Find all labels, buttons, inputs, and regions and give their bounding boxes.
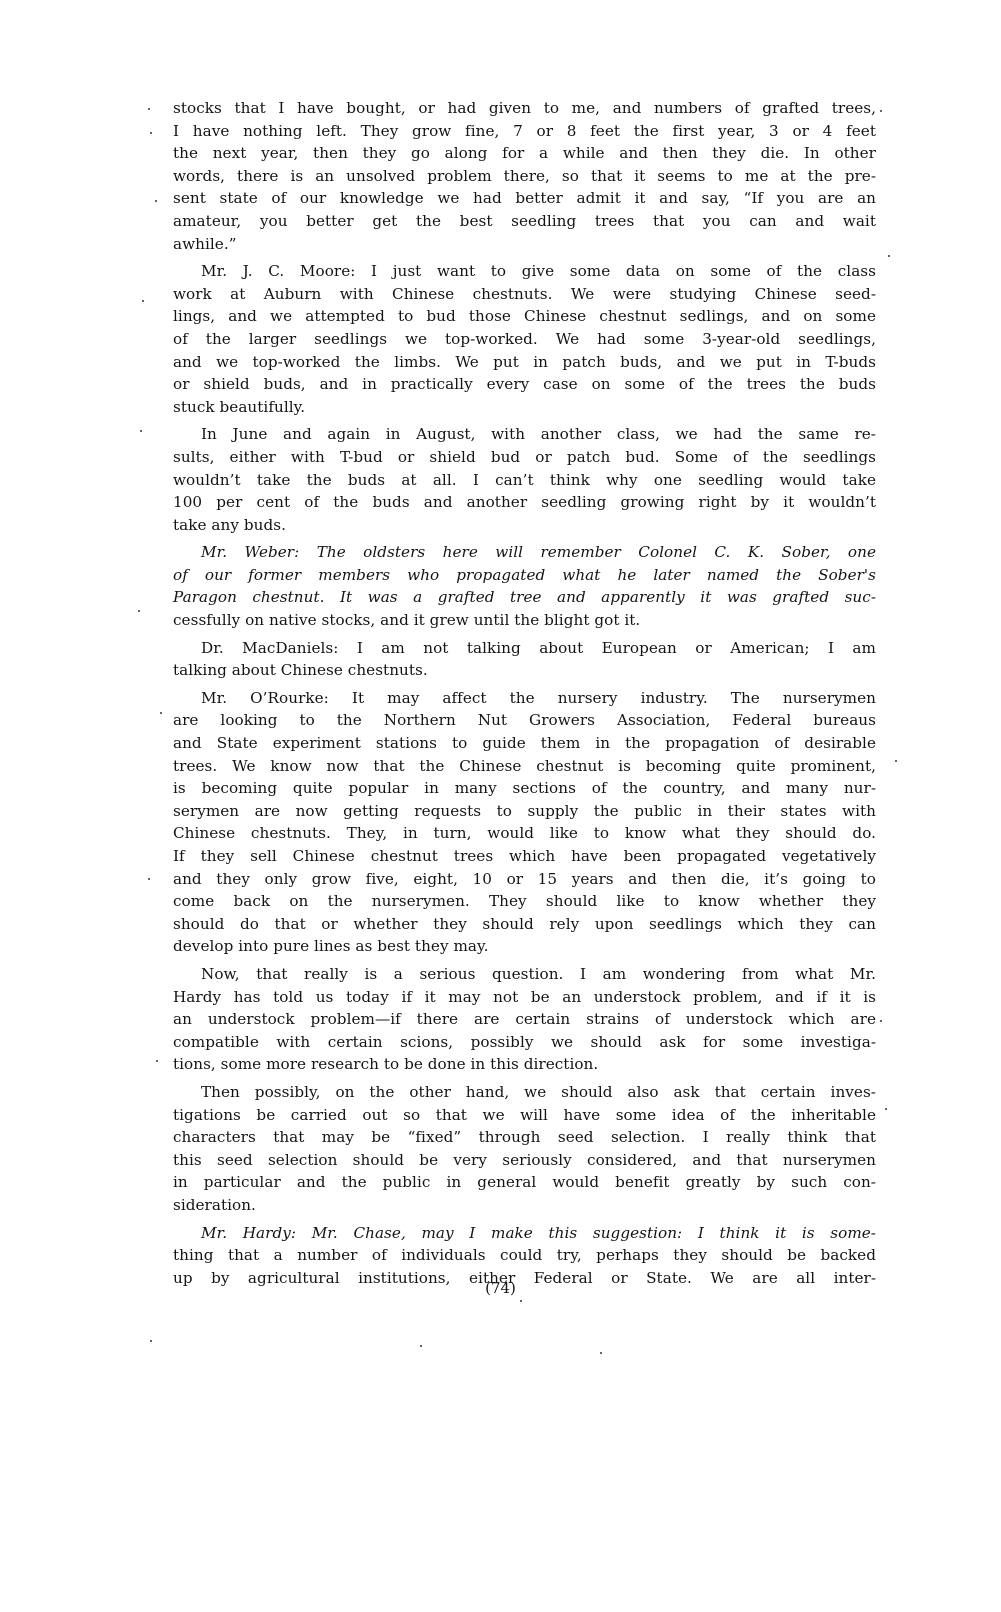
text-line: tigations be carried out so that we will… (173, 1104, 876, 1127)
speck (150, 1340, 152, 1342)
text-line: In June and again in August, with anothe… (173, 423, 876, 446)
text-line: I have nothing left. They grow fine, 7 o… (173, 120, 876, 143)
text-line: and we top-worked the limbs. We put in p… (173, 351, 876, 374)
speck (888, 255, 890, 257)
paragraph-orourke: Mr. O’Rourke: It may affect the nursery … (173, 687, 876, 958)
text-line: the next year, then they go along for a … (173, 142, 876, 165)
text-line: sideration. (173, 1194, 876, 1217)
text-line: If they sell Chinese chestnut trees whic… (173, 845, 876, 868)
text-line: come back on the nurserymen. They should… (173, 890, 876, 913)
document-page: stocks that I have bought, or had given … (173, 97, 876, 1289)
text-line: stocks that I have bought, or had given … (173, 97, 876, 120)
text-line: work at Auburn with Chinese chestnuts. W… (173, 283, 876, 306)
paragraph-then: Then possibly, on the other hand, we sho… (173, 1081, 876, 1217)
paragraph-june: In June and again in August, with anothe… (173, 423, 876, 536)
speck (155, 200, 157, 202)
text-line: Mr. J. C. Moore: I just want to give som… (173, 260, 876, 283)
text-line: in particular and the public in general … (173, 1171, 876, 1194)
speck (600, 1352, 602, 1354)
paragraph-moore: Mr. J. C. Moore: I just want to give som… (173, 260, 876, 418)
speck (520, 1300, 522, 1302)
text-line: this seed selection should be very serio… (173, 1149, 876, 1172)
paragraph-weber: Mr. Weber: The oldsters here will rememb… (173, 541, 876, 631)
text-line: Dr. MacDaniels: I am not talking about E… (173, 637, 876, 660)
text-line: or shield buds, and in practically every… (173, 373, 876, 396)
speck (148, 878, 150, 880)
text-line: amateur, you better get the best seedlin… (173, 210, 876, 233)
text-line: are looking to the Northern Nut Growers … (173, 709, 876, 732)
speck (140, 430, 142, 432)
text-line: serymen are now getting requests to supp… (173, 800, 876, 823)
text-line: of the larger seedlings we top-worked. W… (173, 328, 876, 351)
text-line: trees. We know now that the Chinese ches… (173, 755, 876, 778)
text-line: cessfully on native stocks, and it grew … (173, 609, 876, 632)
text-line: sults, either with T-bud or shield bud o… (173, 446, 876, 469)
text-line: is becoming quite popular in many sectio… (173, 777, 876, 800)
text-line: tions, some more research to be done in … (173, 1053, 876, 1076)
text-line: characters that may be “fixed” through s… (173, 1126, 876, 1149)
paragraph-macdaniels: Dr. MacDaniels: I am not talking about E… (173, 637, 876, 682)
text-line: an understock problem—if there are certa… (173, 1008, 876, 1031)
text-line: of our former members who propagated wha… (173, 564, 876, 587)
speck (156, 1060, 158, 1062)
text-line: words, there is an unsolved problem ther… (173, 165, 876, 188)
speck (142, 300, 144, 302)
text-line: Hardy has told us today if it may not be… (173, 986, 876, 1009)
text-line: and they only grow five, eight, 10 or 15… (173, 868, 876, 891)
speck (138, 610, 140, 612)
text-line: thing that a number of individuals could… (173, 1244, 876, 1267)
text-line: Then possibly, on the other hand, we sho… (173, 1081, 876, 1104)
speck (420, 1345, 422, 1347)
text-line: talking about Chinese chestnuts. (173, 659, 876, 682)
speck (895, 760, 897, 762)
text-line: Mr. O’Rourke: It may affect the nursery … (173, 687, 876, 710)
text-line: 100 per cent of the buds and another see… (173, 491, 876, 514)
text-line: develop into pure lines as best they may… (173, 935, 876, 958)
text-line: sent state of our knowledge we had bette… (173, 187, 876, 210)
text-line: Paragon chestnut. It was a grafted tree … (173, 586, 876, 609)
text-line: Mr. Weber: The oldsters here will rememb… (173, 541, 876, 564)
text-line: wouldn’t take the buds at all. I can’t t… (173, 469, 876, 492)
speck (880, 1020, 882, 1022)
text-line: stuck beautifully. (173, 396, 876, 419)
text-line: awhile.” (173, 233, 876, 256)
text-line: Chinese chestnuts. They, in turn, would … (173, 822, 876, 845)
text-line: Now, that really is a serious question. … (173, 963, 876, 986)
text-line: should do that or whether they should re… (173, 913, 876, 936)
speck (150, 132, 152, 134)
speck (148, 108, 150, 110)
text-line: take any buds. (173, 514, 876, 537)
text-line: Mr. Hardy: Mr. Chase, may I make this su… (173, 1222, 876, 1245)
speck (160, 712, 162, 714)
text-line: and State experiment stations to guide t… (173, 732, 876, 755)
speck (880, 110, 882, 112)
text-line: compatible with certain scions, possibly… (173, 1031, 876, 1054)
paragraph-now: Now, that really is a serious question. … (173, 963, 876, 1076)
speck (885, 1108, 887, 1110)
paragraph-continuation: stocks that I have bought, or had given … (173, 97, 876, 255)
text-line: lings, and we attempted to bud those Chi… (173, 305, 876, 328)
page-number: (74) (0, 1279, 1001, 1297)
